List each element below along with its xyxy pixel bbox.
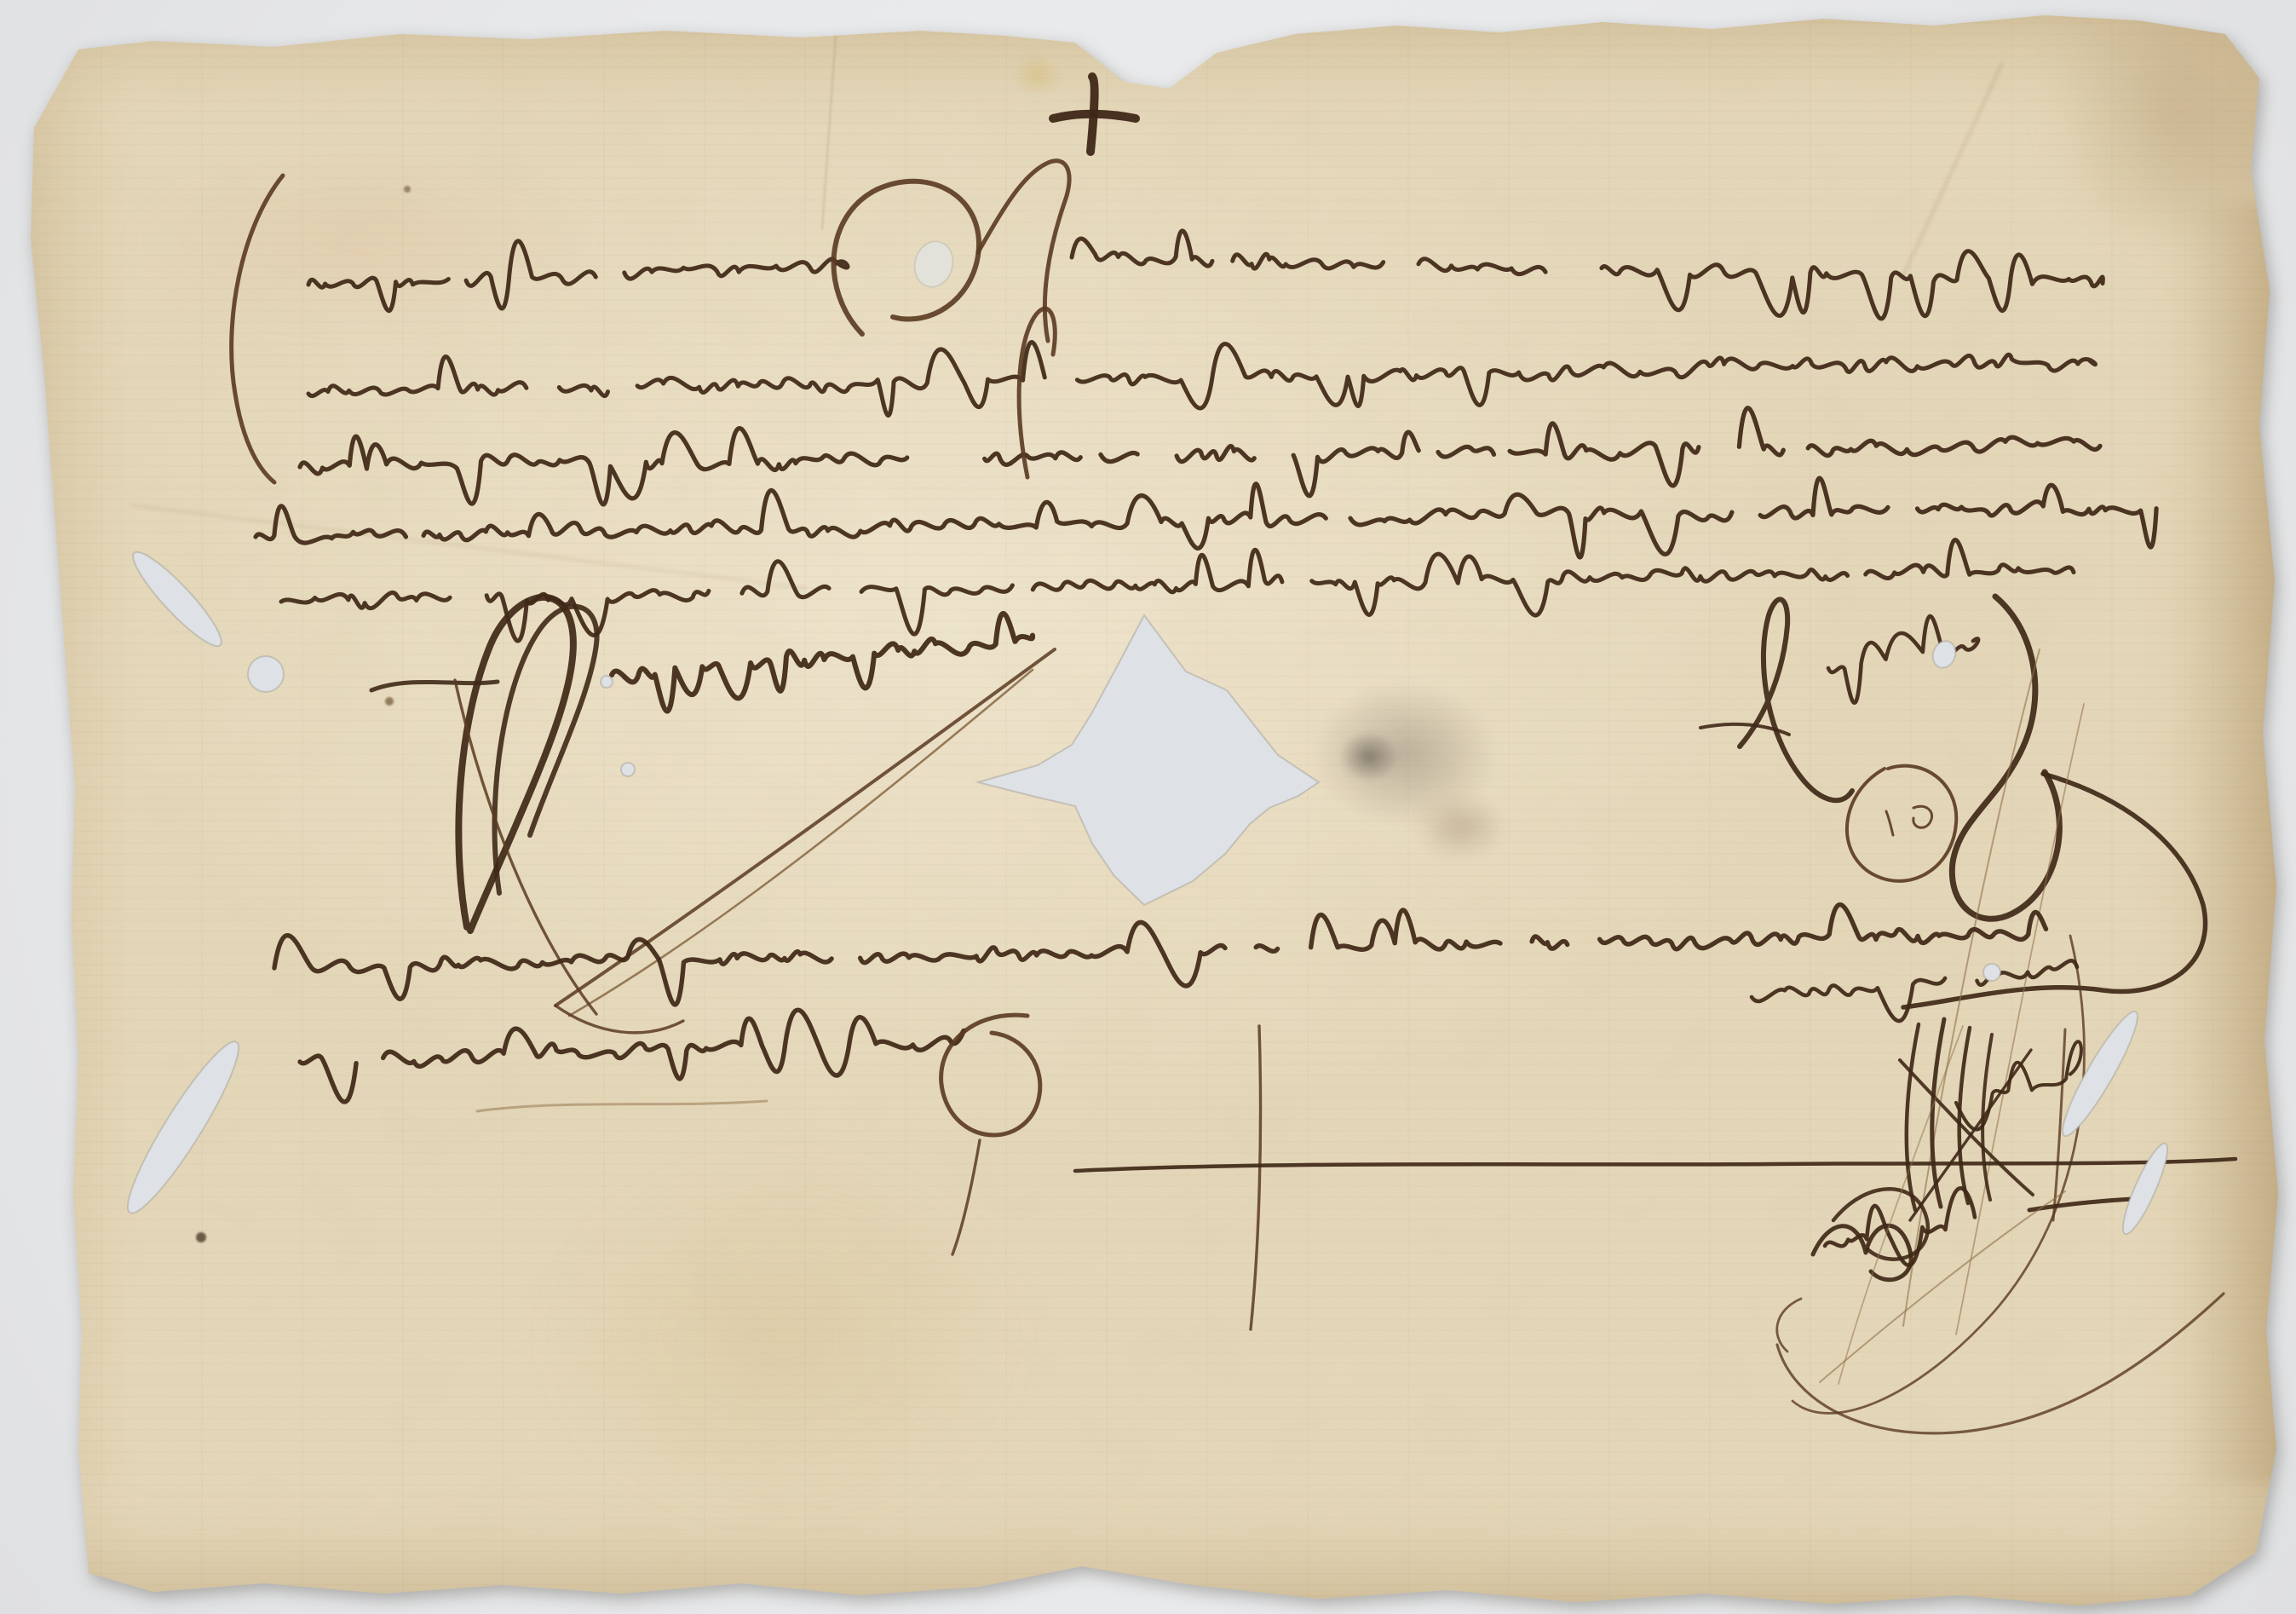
top-left-pink-band — [128, 162, 605, 324]
lower-wash-stain — [545, 1159, 1022, 1517]
yellow-spot — [1014, 55, 1062, 95]
scanner-background: Scan of a worn 15th-16th century paper d… — [0, 0, 2296, 1614]
manuscript-paper — [0, 0, 2296, 1614]
blot-stain-core — [1339, 731, 1399, 782]
ink-speck — [385, 697, 394, 706]
ink-speck — [404, 186, 411, 193]
blot-stain-secondary — [1414, 793, 1508, 861]
paper-sheet — [0, 0, 2296, 1614]
right-edge-band — [2190, 205, 2296, 1483]
ink-speck — [196, 1232, 206, 1242]
